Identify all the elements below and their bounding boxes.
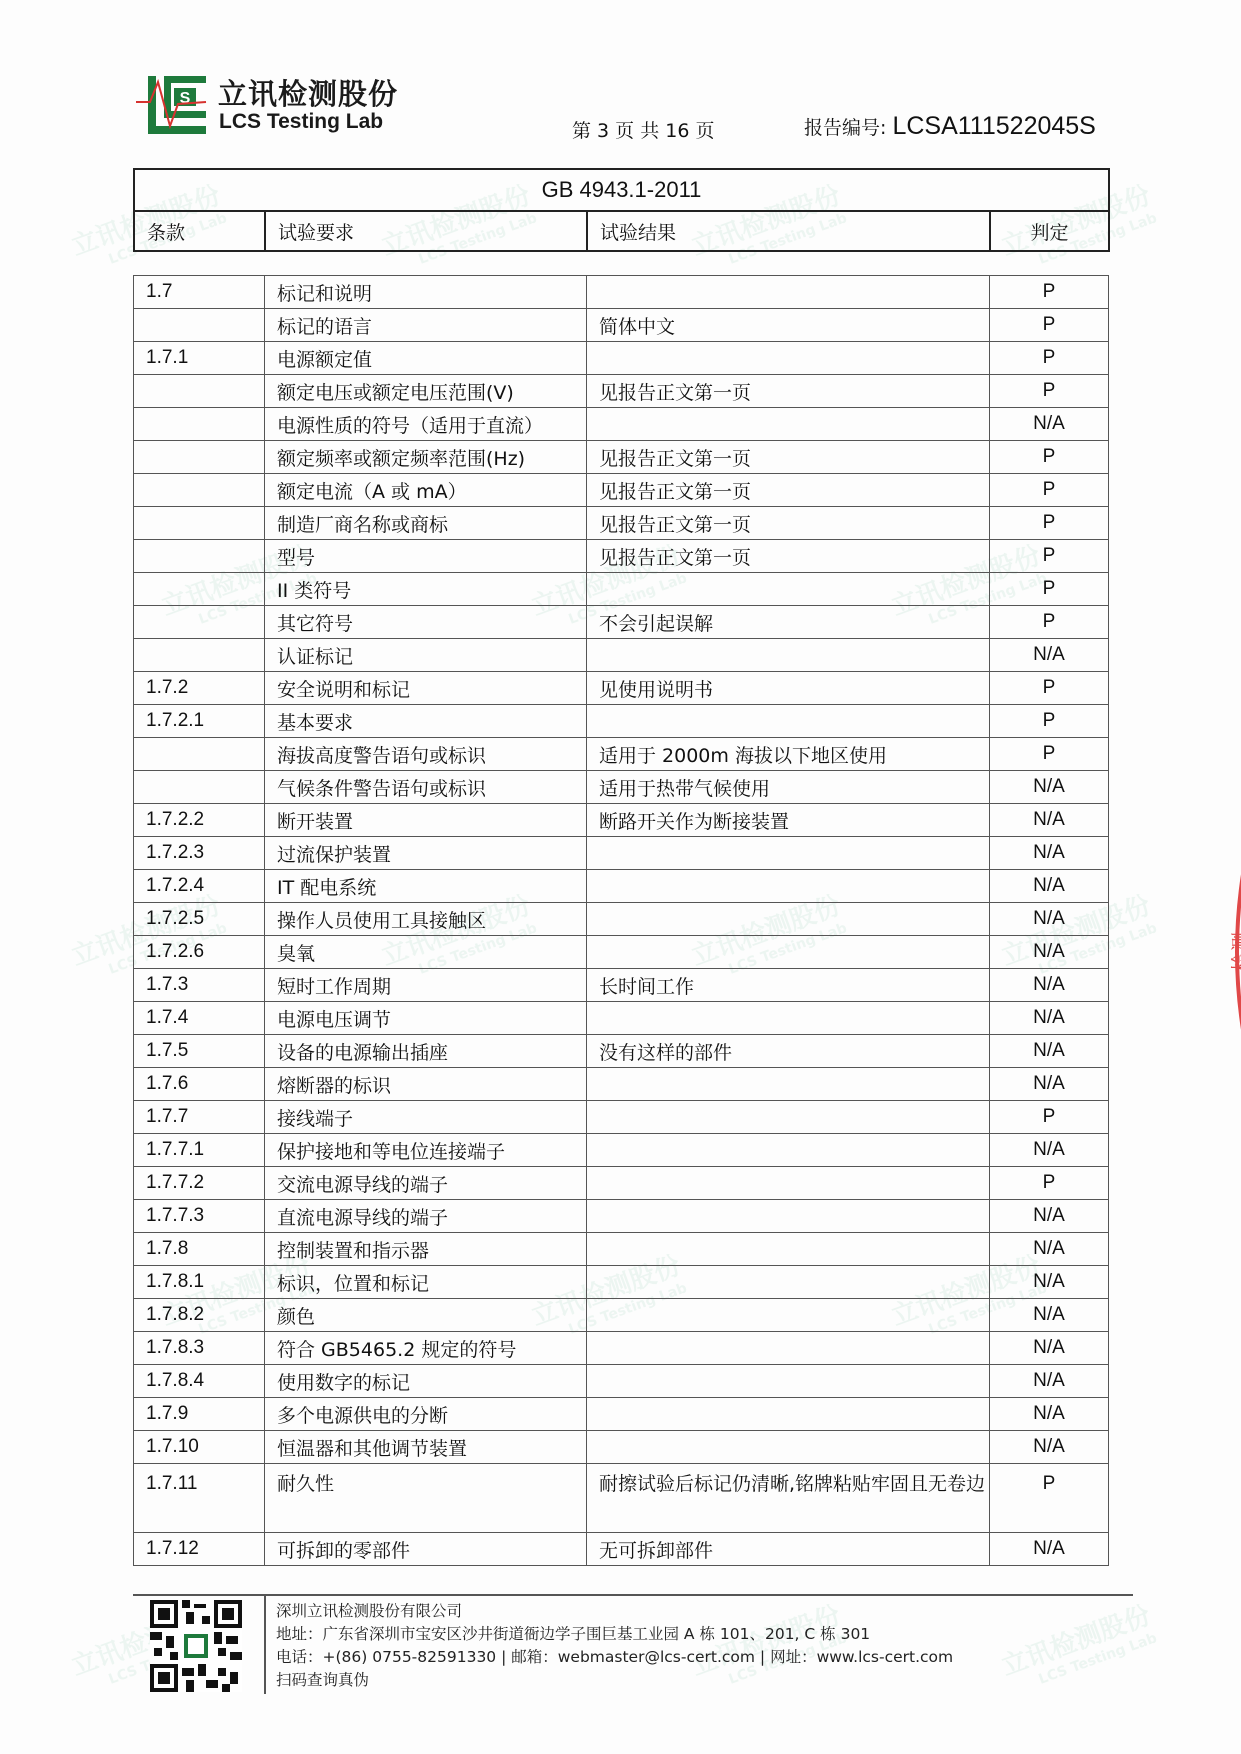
verdict-cell: N/A bbox=[990, 969, 1109, 1002]
table-row: 1.7.11耐久性耐擦试验后标记仍清晰,铭牌粘贴牢固且无卷边P bbox=[134, 1464, 1109, 1533]
verdict-cell: N/A bbox=[990, 408, 1109, 441]
result-cell: 见报告正文第一页 bbox=[587, 474, 990, 507]
qr-code-icon[interactable] bbox=[150, 1600, 242, 1692]
result-cell bbox=[587, 342, 990, 375]
requirement-cell: 控制装置和指示器 bbox=[265, 1233, 587, 1266]
requirement-cell: 保护接地和等电位连接端子 bbox=[265, 1134, 587, 1167]
clause-cell: 1.7.8.4 bbox=[134, 1365, 265, 1398]
verdict-cell: P bbox=[990, 507, 1109, 540]
requirement-cell: 其它符号 bbox=[265, 606, 587, 639]
test-results-table: 1.7标记和说明P标记的语言简体中文P1.7.1电源额定值P额定电压或额定电压范… bbox=[133, 275, 1109, 1566]
table-row: 1.7.8控制装置和指示器N/A bbox=[134, 1233, 1109, 1266]
clause-cell: 1.7.2.5 bbox=[134, 903, 265, 936]
result-cell bbox=[587, 1266, 990, 1299]
clause-cell bbox=[134, 771, 265, 804]
clause-cell: 1.7.2.1 bbox=[134, 705, 265, 738]
company-name-cn: 立讯检测股份 bbox=[218, 72, 398, 113]
clause-cell: 1.7.7.1 bbox=[134, 1134, 265, 1167]
verdict-cell: N/A bbox=[990, 1398, 1109, 1431]
verdict-cell: N/A bbox=[990, 1365, 1109, 1398]
clause-cell: 1.7.2.4 bbox=[134, 870, 265, 903]
table-row: 1.7.8.1标识，位置和标记N/A bbox=[134, 1266, 1109, 1299]
verdict-cell: N/A bbox=[990, 903, 1109, 936]
table-row: 1.7.2安全说明和标记见使用说明书P bbox=[134, 672, 1109, 705]
result-cell: 适用于热带气候使用 bbox=[587, 771, 990, 804]
requirement-cell: 操作人员使用工具接触区 bbox=[265, 903, 587, 936]
requirement-cell: 额定频率或额定频率范围(Hz) bbox=[265, 441, 587, 474]
requirement-cell: 制造厂商名称或商标 bbox=[265, 507, 587, 540]
table-row: 电源性质的符号（适用于直流）N/A bbox=[134, 408, 1109, 441]
clause-cell: 1.7.2.2 bbox=[134, 804, 265, 837]
verdict-cell: N/A bbox=[990, 771, 1109, 804]
page-info: 第 3 页 共 16 页 bbox=[572, 116, 714, 143]
requirement-cell: 断开装置 bbox=[265, 804, 587, 837]
result-cell: 无可拆卸部件 bbox=[587, 1533, 990, 1566]
result-cell bbox=[587, 1332, 990, 1365]
table-row: 1.7.3短时工作周期长时间工作N/A bbox=[134, 969, 1109, 1002]
requirement-cell: 接线端子 bbox=[265, 1101, 587, 1134]
result-cell bbox=[587, 408, 990, 441]
company-name-en: LCS Testing Lab bbox=[219, 110, 383, 134]
verdict-cell: P bbox=[990, 276, 1109, 309]
clause-cell: 1.7.8 bbox=[134, 1233, 265, 1266]
verdict-cell: P bbox=[990, 441, 1109, 474]
requirement-cell: 基本要求 bbox=[265, 705, 587, 738]
table-row: 1.7标记和说明P bbox=[134, 276, 1109, 309]
result-cell bbox=[587, 1068, 990, 1101]
verdict-cell: P bbox=[990, 342, 1109, 375]
clause-cell: 1.7.8.1 bbox=[134, 1266, 265, 1299]
requirement-cell: 型号 bbox=[265, 540, 587, 573]
result-cell: 见报告正文第一页 bbox=[587, 375, 990, 408]
result-cell bbox=[587, 1431, 990, 1464]
requirement-cell: 颜色 bbox=[265, 1299, 587, 1332]
table-row: 1.7.2.5操作人员使用工具接触区N/A bbox=[134, 903, 1109, 936]
table-row: 1.7.9多个电源供电的分断N/A bbox=[134, 1398, 1109, 1431]
clause-cell: 1.7.2.3 bbox=[134, 837, 265, 870]
clause-cell: 1.7.5 bbox=[134, 1035, 265, 1068]
table-row: 1.7.7.1保护接地和等电位连接端子N/A bbox=[134, 1134, 1109, 1167]
table-row: 额定电压或额定电压范围(V)见报告正文第一页P bbox=[134, 375, 1109, 408]
clause-cell: 1.7.11 bbox=[134, 1464, 265, 1533]
result-cell bbox=[587, 1200, 990, 1233]
result-cell: 见报告正文第一页 bbox=[587, 441, 990, 474]
table-row: 1.7.4电源电压调节N/A bbox=[134, 1002, 1109, 1035]
clause-cell: 1.7.9 bbox=[134, 1398, 265, 1431]
result-cell: 见报告正文第一页 bbox=[587, 540, 990, 573]
requirement-cell: 臭氧 bbox=[265, 936, 587, 969]
requirement-cell: 交流电源导线的端子 bbox=[265, 1167, 587, 1200]
table-row: II 类符号P bbox=[134, 573, 1109, 606]
lcs-logo-icon: S bbox=[136, 74, 216, 136]
column-header-verdict: 判定 bbox=[990, 211, 1109, 251]
verdict-cell: N/A bbox=[990, 639, 1109, 672]
verdict-cell: N/A bbox=[990, 1332, 1109, 1365]
verdict-cell: P bbox=[990, 672, 1109, 705]
verdict-cell: N/A bbox=[990, 936, 1109, 969]
result-cell bbox=[587, 1002, 990, 1035]
clause-cell: 1.7.7 bbox=[134, 1101, 265, 1134]
requirement-cell: IT 配电系统 bbox=[265, 870, 587, 903]
requirement-cell: 可拆卸的零部件 bbox=[265, 1533, 587, 1566]
clause-cell: 1.7 bbox=[134, 276, 265, 309]
result-cell bbox=[587, 1398, 990, 1431]
clause-cell bbox=[134, 573, 265, 606]
standard-title: GB 4943.1-2011 bbox=[134, 169, 1109, 211]
report-number-value: LCSA111522045S bbox=[892, 112, 1095, 140]
table-header: GB 4943.1-2011 条款 试验要求 试验结果 判定 bbox=[133, 168, 1110, 252]
clause-cell bbox=[134, 309, 265, 342]
clause-cell bbox=[134, 375, 265, 408]
requirement-cell: 认证标记 bbox=[265, 639, 587, 672]
verdict-cell: P bbox=[990, 309, 1109, 342]
footer-divider bbox=[133, 1594, 1133, 1596]
verdict-cell: N/A bbox=[990, 1068, 1109, 1101]
result-cell bbox=[587, 573, 990, 606]
verdict-cell: P bbox=[990, 705, 1109, 738]
verdict-cell: N/A bbox=[990, 804, 1109, 837]
table-row: 1.7.7.2交流电源导线的端子P bbox=[134, 1167, 1109, 1200]
table-row: 其它符号不会引起误解P bbox=[134, 606, 1109, 639]
clause-cell bbox=[134, 474, 265, 507]
result-cell bbox=[587, 1233, 990, 1266]
clause-cell: 1.7.10 bbox=[134, 1431, 265, 1464]
result-cell bbox=[587, 1101, 990, 1134]
result-cell: 见报告正文第一页 bbox=[587, 507, 990, 540]
verdict-cell: P bbox=[990, 738, 1109, 771]
clause-cell: 1.7.7.2 bbox=[134, 1167, 265, 1200]
footer-contact: 电话：+(86) 0755-82591330 | 邮箱：webmaster@lc… bbox=[276, 1646, 953, 1669]
result-cell bbox=[587, 1134, 990, 1167]
table-row: 1.7.5设备的电源输出插座没有这样的部件N/A bbox=[134, 1035, 1109, 1068]
verdict-cell: N/A bbox=[990, 1002, 1109, 1035]
clause-cell: 1.7.12 bbox=[134, 1533, 265, 1566]
clause-cell bbox=[134, 408, 265, 441]
table-row: 标记的语言简体中文P bbox=[134, 309, 1109, 342]
requirement-cell: 使用数字的标记 bbox=[265, 1365, 587, 1398]
table-row: 1.7.8.2颜色N/A bbox=[134, 1299, 1109, 1332]
requirement-cell: 标记和说明 bbox=[265, 276, 587, 309]
clause-cell: 1.7.1 bbox=[134, 342, 265, 375]
table-row: 型号见报告正文第一页P bbox=[134, 540, 1109, 573]
column-header-result: 试验结果 bbox=[587, 211, 990, 251]
result-cell bbox=[587, 1167, 990, 1200]
clause-cell bbox=[134, 639, 265, 672]
footer-info: 深圳立讯检测股份有限公司 地址：广东省深圳市宝安区沙井街道衙边学子围巨基工业园 … bbox=[276, 1600, 953, 1692]
verdict-cell: P bbox=[990, 375, 1109, 408]
result-cell: 适用于 2000m 海拔以下地区使用 bbox=[587, 738, 990, 771]
table-row: 1.7.2.4IT 配电系统N/A bbox=[134, 870, 1109, 903]
footer-vertical-divider bbox=[264, 1596, 266, 1694]
requirement-cell: 额定电压或额定电压范围(V) bbox=[265, 375, 587, 408]
result-cell: 断路开关作为断接装置 bbox=[587, 804, 990, 837]
requirement-cell: 多个电源供电的分断 bbox=[265, 1398, 587, 1431]
requirement-cell: 标记的语言 bbox=[265, 309, 587, 342]
clause-cell: 1.7.4 bbox=[134, 1002, 265, 1035]
report-number: 报告编号: LCSA111522045S bbox=[804, 112, 1096, 141]
column-header-requirement: 试验要求 bbox=[265, 211, 587, 251]
table-row: 1.7.12可拆卸的零部件无可拆卸部件N/A bbox=[134, 1533, 1109, 1566]
requirement-cell: 熔断器的标识 bbox=[265, 1068, 587, 1101]
verdict-cell: P bbox=[990, 1464, 1109, 1533]
result-cell: 没有这样的部件 bbox=[587, 1035, 990, 1068]
clause-cell bbox=[134, 441, 265, 474]
table-row: 1.7.2.1基本要求P bbox=[134, 705, 1109, 738]
verdict-cell: P bbox=[990, 573, 1109, 606]
clause-cell: 1.7.8.2 bbox=[134, 1299, 265, 1332]
result-cell: 见使用说明书 bbox=[587, 672, 990, 705]
clause-cell: 1.7.8.3 bbox=[134, 1332, 265, 1365]
requirement-cell: 设备的电源输出插座 bbox=[265, 1035, 587, 1068]
table-row: 制造厂商名称或商标见报告正文第一页P bbox=[134, 507, 1109, 540]
result-cell: 长时间工作 bbox=[587, 969, 990, 1002]
footer-company: 深圳立讯检测股份有限公司 bbox=[276, 1600, 953, 1623]
verdict-cell: N/A bbox=[990, 1233, 1109, 1266]
result-cell: 简体中文 bbox=[587, 309, 990, 342]
column-header-clause: 条款 bbox=[134, 211, 265, 251]
table-row: 1.7.10恒温器和其他调节装置N/A bbox=[134, 1431, 1109, 1464]
clause-cell: 1.7.2 bbox=[134, 672, 265, 705]
table-row: 1.7.8.4使用数字的标记N/A bbox=[134, 1365, 1109, 1398]
requirement-cell: 额定电流（A 或 mA） bbox=[265, 474, 587, 507]
result-cell: 耐擦试验后标记仍清晰,铭牌粘贴牢固且无卷边 bbox=[587, 1464, 990, 1533]
clause-cell: 1.7.7.3 bbox=[134, 1200, 265, 1233]
requirement-cell: 耐久性 bbox=[265, 1464, 587, 1533]
result-cell bbox=[587, 903, 990, 936]
verdict-cell: P bbox=[990, 1101, 1109, 1134]
verdict-cell: N/A bbox=[990, 1431, 1109, 1464]
requirement-cell: 安全说明和标记 bbox=[265, 672, 587, 705]
verdict-cell: N/A bbox=[990, 1134, 1109, 1167]
result-cell bbox=[587, 276, 990, 309]
table-row: 1.7.8.3符合 GB5465.2 规定的符号N/A bbox=[134, 1332, 1109, 1365]
verdict-cell: N/A bbox=[990, 1266, 1109, 1299]
table-row: 额定电流（A 或 mA）见报告正文第一页P bbox=[134, 474, 1109, 507]
clause-cell bbox=[134, 738, 265, 771]
requirement-cell: 短时工作周期 bbox=[265, 969, 587, 1002]
watermark: 立讯检测股份LCS Testing Lab bbox=[996, 1595, 1161, 1698]
requirement-cell: 直流电源导线的端子 bbox=[265, 1200, 587, 1233]
table-row: 气候条件警告语句或标识适用于热带气候使用N/A bbox=[134, 771, 1109, 804]
footer-address: 地址：广东省深圳市宝安区沙井街道衙边学子围巨基工业园 A 栋 101、201, … bbox=[276, 1623, 953, 1646]
verdict-cell: N/A bbox=[990, 1533, 1109, 1566]
clause-cell: 1.7.6 bbox=[134, 1068, 265, 1101]
result-cell bbox=[587, 639, 990, 672]
result-cell: 不会引起误解 bbox=[587, 606, 990, 639]
verdict-cell: N/A bbox=[990, 837, 1109, 870]
clause-cell bbox=[134, 606, 265, 639]
requirement-cell: 标识，位置和标记 bbox=[265, 1266, 587, 1299]
result-cell bbox=[587, 870, 990, 903]
result-cell bbox=[587, 936, 990, 969]
verdict-cell: N/A bbox=[990, 870, 1109, 903]
verdict-cell: P bbox=[990, 540, 1109, 573]
report-number-label: 报告编号: bbox=[804, 117, 892, 139]
table-row: 认证标记N/A bbox=[134, 639, 1109, 672]
verdict-cell: N/A bbox=[990, 1299, 1109, 1332]
verdict-cell: N/A bbox=[990, 1035, 1109, 1068]
verdict-cell: P bbox=[990, 1167, 1109, 1200]
table-row: 1.7.6熔断器的标识N/A bbox=[134, 1068, 1109, 1101]
table-row: 1.7.2.2断开装置断路开关作为断接装置N/A bbox=[134, 804, 1109, 837]
verdict-cell: P bbox=[990, 606, 1109, 639]
result-cell bbox=[587, 1299, 990, 1332]
requirement-cell: 恒温器和其他调节装置 bbox=[265, 1431, 587, 1464]
clause-cell bbox=[134, 507, 265, 540]
table-row: 海拔高度警告语句或标识适用于 2000m 海拔以下地区使用P bbox=[134, 738, 1109, 771]
requirement-cell: 电源电压调节 bbox=[265, 1002, 587, 1035]
result-cell bbox=[587, 705, 990, 738]
table-row: 1.7.7接线端子P bbox=[134, 1101, 1109, 1134]
verdict-cell: P bbox=[990, 474, 1109, 507]
table-row: 1.7.7.3直流电源导线的端子N/A bbox=[134, 1200, 1109, 1233]
requirement-cell: 电源性质的符号（适用于直流） bbox=[265, 408, 587, 441]
requirement-cell: 海拔高度警告语句或标识 bbox=[265, 738, 587, 771]
verdict-cell: N/A bbox=[990, 1200, 1109, 1233]
table-row: 1.7.2.3过流保护装置N/A bbox=[134, 837, 1109, 870]
footer-qr-hint: 扫码查询真伪 bbox=[276, 1669, 953, 1692]
clause-cell: 1.7.2.6 bbox=[134, 936, 265, 969]
clause-cell: 1.7.3 bbox=[134, 969, 265, 1002]
table-row: 额定频率或额定频率范围(Hz)见报告正文第一页P bbox=[134, 441, 1109, 474]
svg-text:检测: 检测 bbox=[1229, 932, 1241, 972]
requirement-cell: 符合 GB5465.2 规定的符号 bbox=[265, 1332, 587, 1365]
table-row: 1.7.2.6臭氧N/A bbox=[134, 936, 1109, 969]
seal-stamp-icon: 检测 bbox=[1226, 852, 1241, 1052]
table-row: 1.7.1电源额定值P bbox=[134, 342, 1109, 375]
result-cell bbox=[587, 1365, 990, 1398]
requirement-cell: 电源额定值 bbox=[265, 342, 587, 375]
requirement-cell: II 类符号 bbox=[265, 573, 587, 606]
clause-cell bbox=[134, 540, 265, 573]
requirement-cell: 气候条件警告语句或标识 bbox=[265, 771, 587, 804]
result-cell bbox=[587, 837, 990, 870]
requirement-cell: 过流保护装置 bbox=[265, 837, 587, 870]
